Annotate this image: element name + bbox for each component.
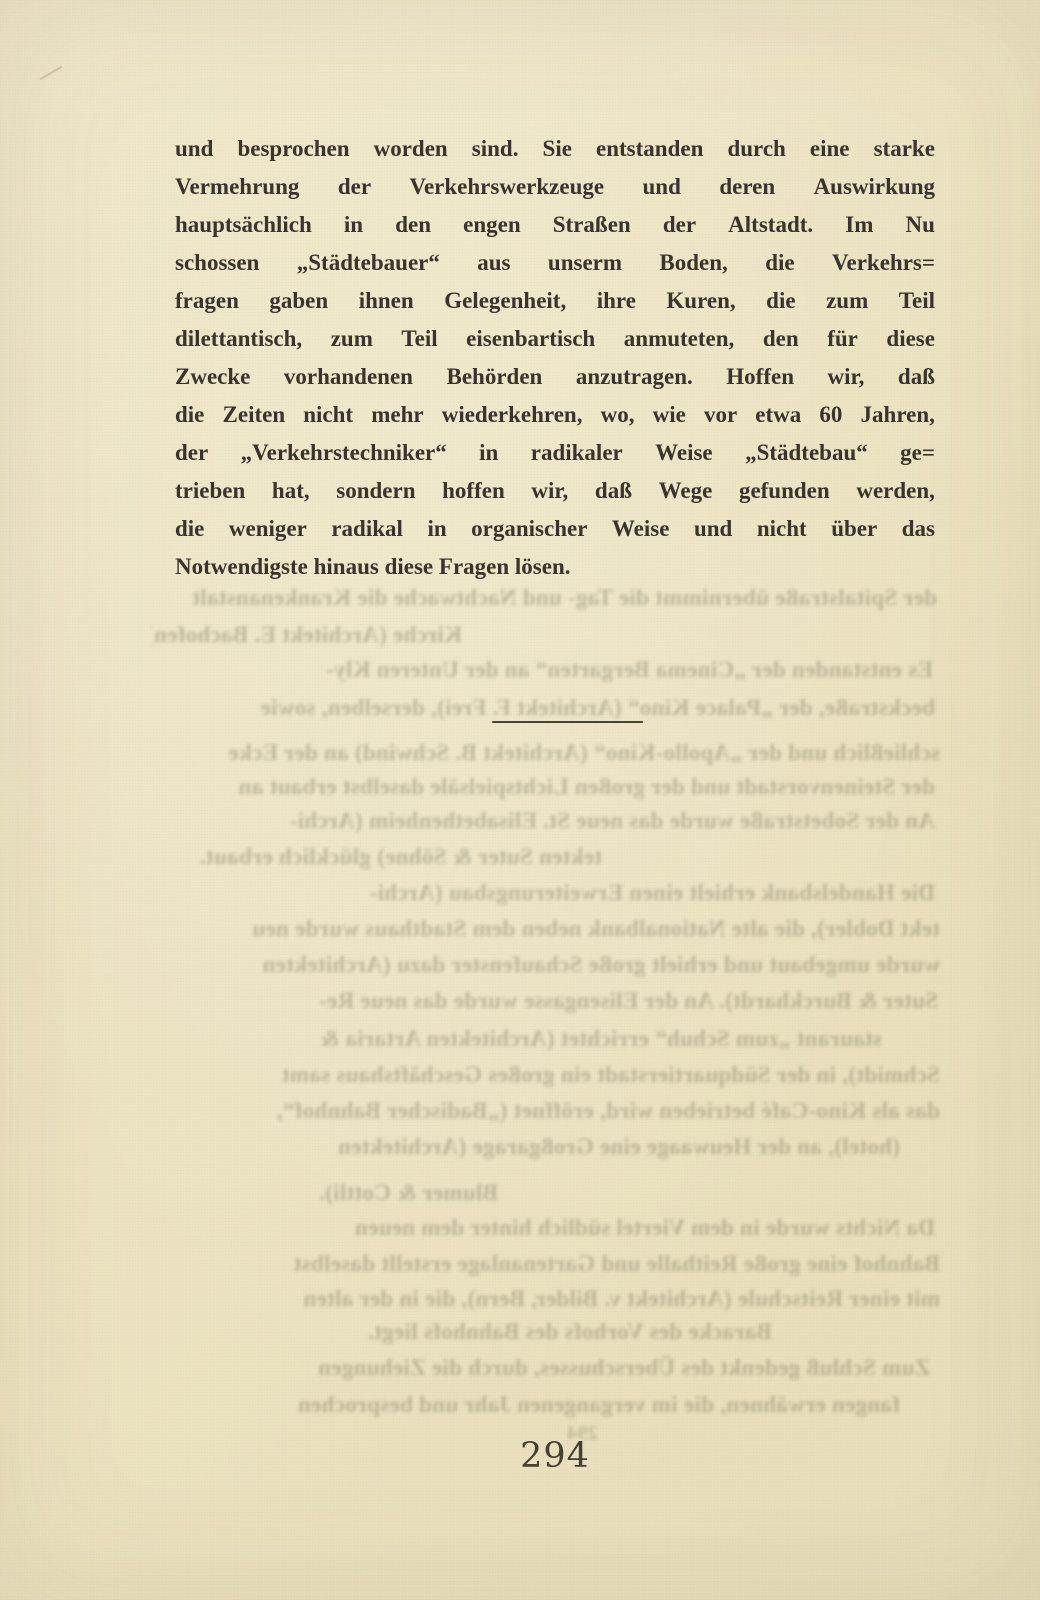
text-line: fragengabenihnenGelegenheit,ihreKuren,di… <box>175 282 935 320</box>
bleedthrough-line: fangen erwähnen, die im vergangenen Jahr… <box>152 1390 900 1420</box>
text-line: Notwendigste hinaus diese Fragen lösen. <box>175 548 935 586</box>
scratch-mark <box>39 66 63 81</box>
text-line: VermehrungderVerkehrswerkzeugeundderenAu… <box>175 168 935 206</box>
bleedthrough-line: Die Handelsbank erhielt einen Erweiterun… <box>290 878 935 908</box>
bleedthrough-line: tekt Dobler), die alte Nationalbank nebe… <box>152 914 940 944</box>
bleedthrough-line: Zum Schluß gedenkt des Überschusses, dur… <box>190 1353 930 1383</box>
text-line: der„Verkehrstechniker“inradikalerWeise„S… <box>175 434 935 472</box>
bleedthrough-line: Kirche (Architekt E. Bachofen). <box>152 620 462 650</box>
text-line: schossen„Städtebauer“ausunsermBoden,dieV… <box>175 244 935 282</box>
text-line: ZweckevorhandenenBehördenanzutragen.Hoff… <box>175 358 935 396</box>
bleedthrough-line: mit einer Reitschule (Architekt v. Bilde… <box>152 1284 940 1314</box>
bleedthrough-line: An der Sobetstraße wurde das neue St. El… <box>190 806 935 836</box>
main-paragraph: undbesprochenwordensind.Sieentstandendur… <box>175 130 935 586</box>
bleedthrough-line: staurant „zum Schuh“ errichtet (Architek… <box>152 1024 882 1054</box>
bleedthrough-line: Blumer & Cottli). <box>158 1178 498 1208</box>
text-line: dilettantisch,zumTeileisenbartischanmute… <box>175 320 935 358</box>
text-line: hauptsächlichindenengenStraßenderAltstad… <box>175 206 935 244</box>
bleedthrough-line: wurde umgebaut und erhielt große Schaufe… <box>152 950 940 980</box>
bleedthrough-line: Da Nichts wurde in dem Viertel südlich h… <box>190 1213 935 1243</box>
bleedthrough-line: Es entstanden der „Cinema Bergarten“ an … <box>285 655 933 685</box>
bleedthrough-line: beckstraße, der „Palace Kino“ (Architekt… <box>152 693 935 723</box>
bleedthrough-line: (hotel), an der Heuwaage eine Großgarage… <box>152 1132 900 1162</box>
bleedthrough-line: Baracke des Vorhofs des Bahnhofs liegt. <box>152 1317 772 1347</box>
text-line: dieZeitennichtmehrwiederkehren,wo,wievor… <box>175 396 935 434</box>
bleedthrough-line: tekten Suter & Söhne) glücklich erbaut. <box>152 842 602 872</box>
text-line: diewenigerradikalinorganischerWeiseundni… <box>175 510 935 548</box>
section-separator-rule <box>492 721 643 723</box>
scanned-book-page: { "page": { "number": "294", "paper_colo… <box>0 0 1040 1600</box>
bleedthrough-line: der Steinenvorstadt und der großen Licht… <box>160 772 935 802</box>
bleedthrough-line: der Spitalstraße übernimmt die Tag- und … <box>152 583 937 613</box>
page-number: 294 <box>175 1434 935 1478</box>
bleedthrough-line: schließlich und der „Apollo-Kino“ (Archi… <box>152 738 940 768</box>
bleedthrough-line: Suter & Burckhardt). An der Elisengasse … <box>168 986 938 1016</box>
bleedthrough-line: Schmidt), in der Südquartierstadt ein gr… <box>152 1060 940 1090</box>
bleedthrough-line: Bahnhof eine große Reithalle und Gartena… <box>152 1249 940 1279</box>
text-line: triebenhat,sondernhoffenwir,daßWegegefun… <box>175 472 935 510</box>
text-line: undbesprochenwordensind.Sieentstandendur… <box>175 130 935 168</box>
bleedthrough-line: das als Kino-Café betrieben wird, eröffn… <box>152 1096 940 1126</box>
